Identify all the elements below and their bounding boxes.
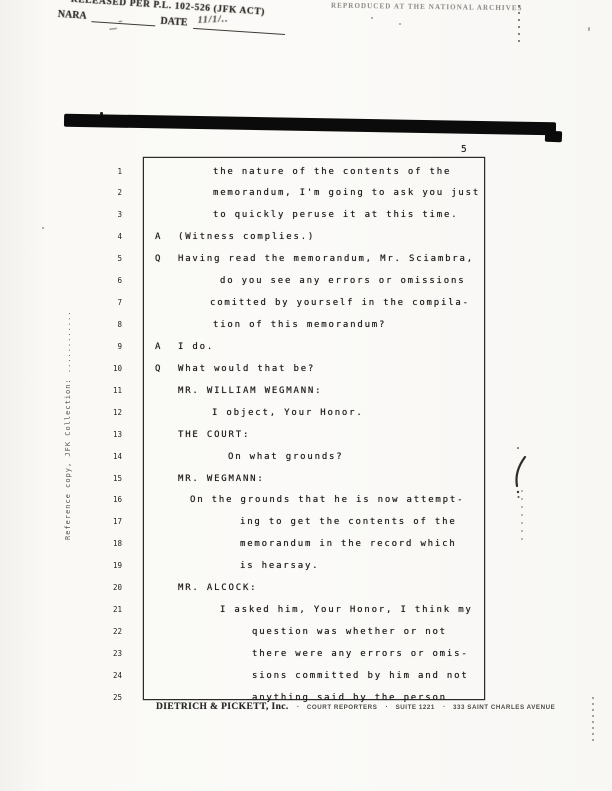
- footer-item: 333 SAINT CHARLES AVENUE: [453, 704, 555, 711]
- transcript-line: 7comitted by yourself in the compila-: [0, 292, 612, 314]
- line-number: 7: [102, 292, 122, 314]
- transcript-line: 8tion of this memorandum?: [0, 314, 612, 336]
- line-number: 11: [102, 380, 122, 402]
- line-text: (Witness complies.): [178, 226, 315, 248]
- line-number: 5: [102, 248, 122, 270]
- scanned-transcript-page: RELEASED PER P.L. 102-526 (JFK ACT) NARA…: [0, 0, 612, 791]
- line-number: 22: [102, 621, 122, 643]
- line-number: 12: [102, 402, 122, 424]
- court-reporter-firm: DIETRICH & PICKETT, Inc.: [156, 702, 289, 712]
- line-number: 9: [102, 336, 122, 358]
- nara-label: NARA: [57, 9, 87, 22]
- line-number: 21: [102, 599, 122, 621]
- line-number: 4: [102, 226, 122, 248]
- line-text: On the grounds that he is now attempt-: [190, 489, 464, 511]
- transcript-line: 20MR. ALCOCK:: [0, 577, 612, 599]
- transcript-line: 18memorandum in the record which: [0, 533, 612, 555]
- footer-items: ·COURT REPORTERS·SUITE 1221·333 SAINT CH…: [296, 703, 556, 711]
- line-text: do you see any errors or omissions: [220, 270, 465, 292]
- line-number: 24: [102, 665, 122, 687]
- line-number: 23: [102, 643, 122, 665]
- handwritten-initials: ﹍ˉ: [106, 16, 122, 33]
- black-bar-end-blob: [545, 131, 562, 143]
- transcript-line: 12I object, Your Honor.: [0, 402, 612, 424]
- line-number: 15: [102, 468, 122, 490]
- line-number: 25: [102, 687, 122, 709]
- transcript-line: 16On the grounds that he is now attempt-: [0, 489, 612, 511]
- transcript-line: 5QHaving read the memorandum, Mr. Sciamb…: [0, 248, 612, 270]
- line-text: tion of this memorandum?: [213, 314, 386, 336]
- scan-mark-dotted-top-right: [518, 5, 520, 45]
- line-text: ing to get the contents of the: [240, 511, 457, 533]
- transcript-line: 3to quickly peruse it at this time.: [0, 204, 612, 226]
- national-archives-stamp: REPRODUCED AT THE NATIONAL ARCHIVES: [331, 2, 523, 13]
- speaker-label: A: [155, 336, 162, 358]
- line-text: I object, Your Honor.: [212, 402, 364, 424]
- transcript-line: 24sions committed by him and not: [0, 665, 612, 687]
- reporter-footer: DIETRICH & PICKETT, Inc. ·COURT REPORTER…: [156, 702, 555, 712]
- nara-signature-line: ﹍ˉ: [91, 11, 156, 26]
- transcript-line: 23there were any errors or omis-: [0, 643, 612, 665]
- line-number: 19: [102, 555, 122, 577]
- line-text: Having read the memorandum, Mr. Sciambra…: [178, 248, 474, 270]
- date-label: DATE: [160, 16, 188, 29]
- line-number: 6: [102, 270, 122, 292]
- transcript-line: 22question was whether or not: [0, 621, 612, 643]
- transcript-line: 2memorandum, I'm going to ask you just: [0, 182, 612, 204]
- line-text: the nature of the contents of the: [213, 161, 451, 183]
- transcript-line: 9AI do.: [0, 336, 612, 358]
- line-text: I do.: [178, 336, 214, 358]
- transcript-line: 19is hearsay.: [0, 555, 612, 577]
- line-text: MR. WILLIAM WEGMANN:: [178, 380, 322, 402]
- line-number: 10: [102, 358, 122, 380]
- transcript-line: 1the nature of the contents of the: [0, 161, 612, 183]
- line-number: 17: [102, 511, 122, 533]
- transcript-line: 14On what grounds?: [0, 446, 612, 468]
- footer-separator: ·: [442, 703, 446, 711]
- line-number: 20: [102, 577, 122, 599]
- date-line: 11/1/..: [193, 16, 286, 35]
- line-text: there were any errors or omis-: [252, 643, 469, 665]
- line-text: What would that be?: [178, 358, 315, 380]
- footer-separator: ·: [296, 703, 300, 711]
- scan-speck: [399, 23, 401, 25]
- footer-item: COURT REPORTERS: [307, 704, 377, 711]
- speaker-label: A: [155, 226, 162, 248]
- line-text: I asked him, Your Honor, I think my: [220, 599, 473, 621]
- scan-speck: [588, 27, 590, 31]
- speaker-label: Q: [155, 358, 162, 380]
- line-number: 3: [102, 204, 122, 226]
- transcript-line: 15MR. WEGMANN:: [0, 468, 612, 490]
- line-text: sions committed by him and not: [252, 665, 469, 687]
- line-number: 14: [102, 446, 122, 468]
- jfk-act-release-stamp: RELEASED PER P.L. 102-526 (JFK ACT) NARA…: [57, 0, 332, 38]
- handwritten-date: 11/1/..: [198, 15, 229, 26]
- line-number: 13: [102, 424, 122, 446]
- transcript-line: 17ing to get the contents of the: [0, 511, 612, 533]
- line-number: 8: [102, 314, 122, 336]
- transcript-line: 21I asked him, Your Honor, I think my: [0, 599, 612, 621]
- transcript-line: 13THE COURT:: [0, 424, 612, 446]
- line-text: On what grounds?: [228, 446, 344, 468]
- line-text: question was whether or not: [252, 621, 447, 643]
- line-number: 18: [102, 533, 122, 555]
- line-text: to quickly peruse it at this time.: [213, 204, 458, 226]
- line-text: MR. WEGMANN:: [178, 468, 265, 490]
- scan-speck: [371, 17, 373, 19]
- transcript-line: 10QWhat would that be?: [0, 358, 612, 380]
- transcript-line: 11MR. WILLIAM WEGMANN:: [0, 380, 612, 402]
- line-number: 1: [102, 161, 122, 183]
- line-text: memorandum in the record which: [240, 533, 457, 555]
- black-separator-bar: [64, 114, 556, 136]
- line-text: comitted by yourself in the compila-: [210, 292, 470, 314]
- line-number: 2: [102, 182, 122, 204]
- footer-separator: ·: [384, 703, 388, 711]
- line-text: THE COURT:: [178, 424, 250, 446]
- transcript-line: 4A(Witness complies.): [0, 226, 612, 248]
- page-number: 5: [461, 144, 467, 155]
- line-number: 16: [102, 489, 122, 511]
- speaker-label: Q: [155, 248, 162, 270]
- footer-item: SUITE 1221: [396, 704, 435, 711]
- line-text: is hearsay.: [240, 555, 319, 577]
- line-text: MR. ALCOCK:: [178, 577, 257, 599]
- transcript-line: 6do you see any errors or omissions: [0, 270, 612, 292]
- line-text: memorandum, I'm going to ask you just: [213, 182, 480, 204]
